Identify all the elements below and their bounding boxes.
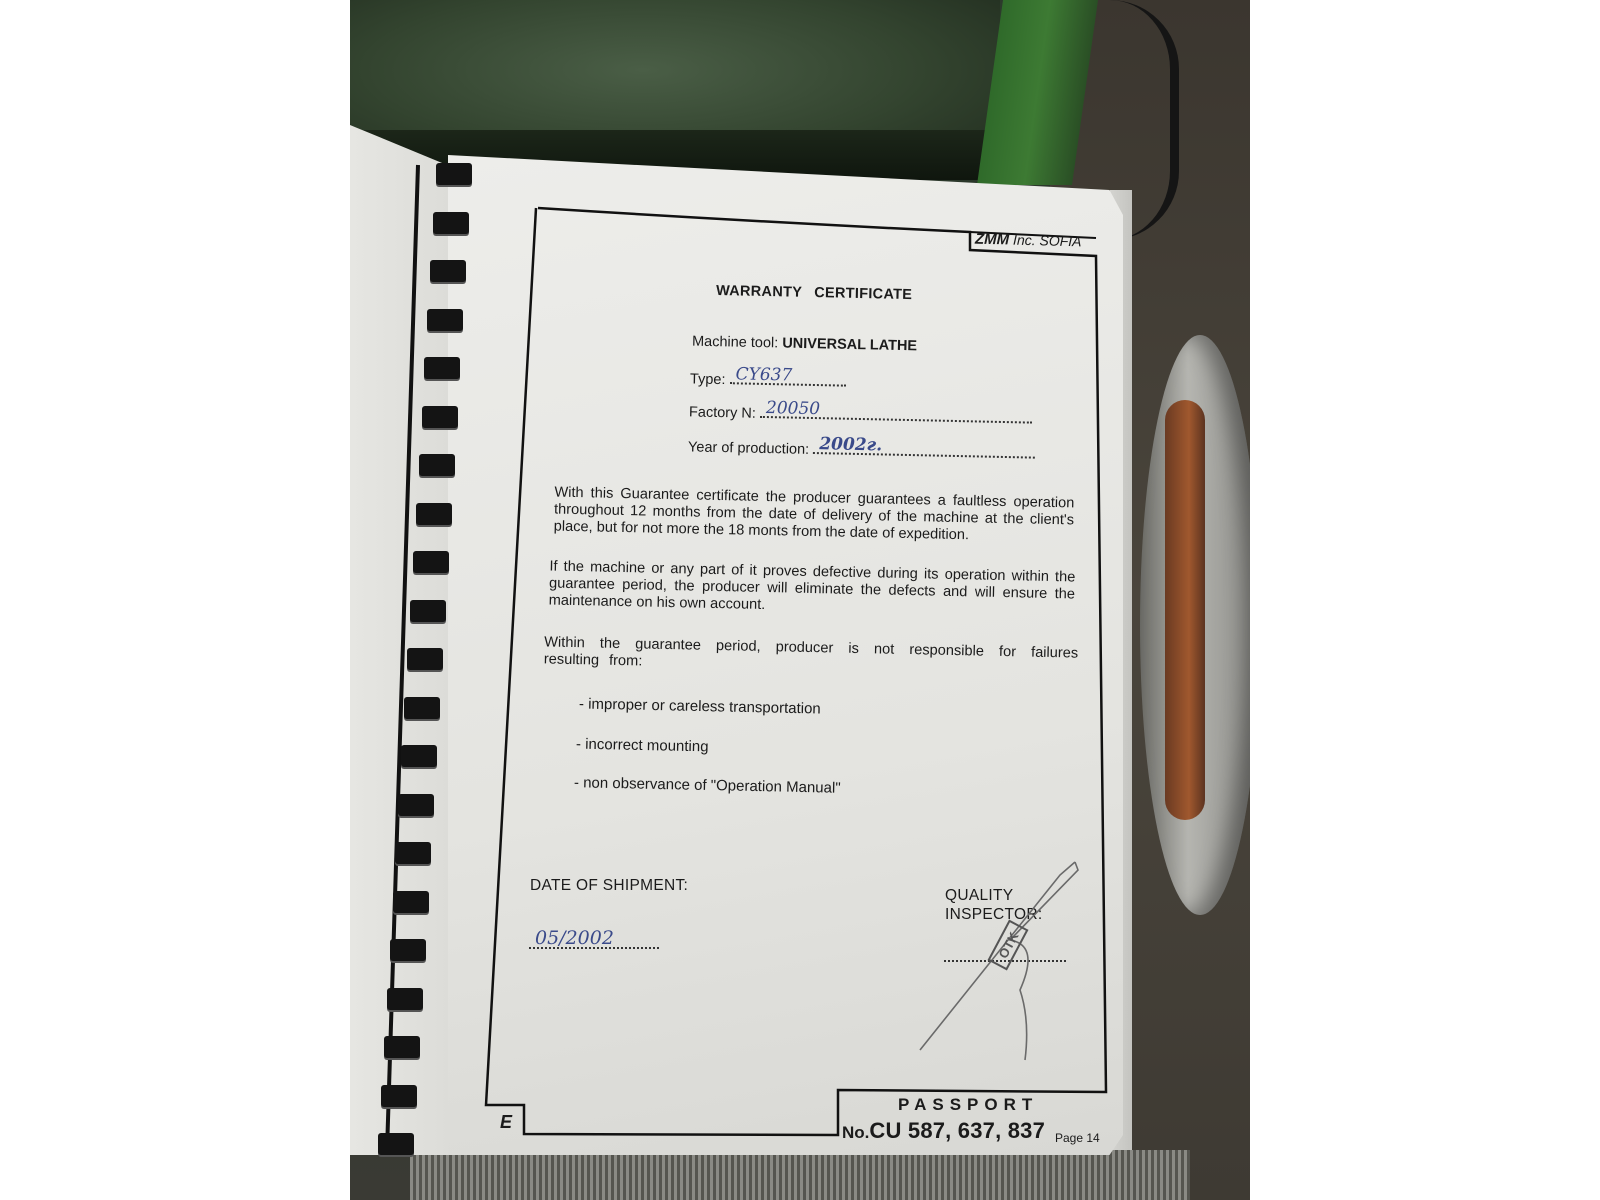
title-word-1: WARRANTY (716, 283, 802, 301)
spiral-binding (372, 155, 482, 1155)
handwritten-value: 20050 (766, 398, 821, 419)
handwritten-value: 2002г. (819, 434, 882, 455)
binding-loop (430, 260, 466, 282)
page-number: Page 14 (1055, 1131, 1100, 1145)
edition-letter: E (500, 1112, 512, 1133)
binding-loop (381, 1085, 417, 1107)
manufacturer-brand: ZMM Inc. SOFIA (975, 231, 1082, 251)
handwheel-hub (1165, 400, 1205, 820)
binding-loop (419, 454, 455, 476)
binding-loop (404, 697, 440, 719)
binding-loop (407, 648, 443, 670)
binding-loop (393, 891, 429, 913)
field-label: Type: (690, 371, 726, 388)
passport-number: No.CU 587, 637, 837 (842, 1118, 1045, 1144)
binding-loop (401, 745, 437, 767)
field-dotted-line: 05/2002 (529, 925, 659, 949)
passport-no-value: CU 587, 637, 837 (869, 1118, 1045, 1143)
binding-loop (378, 1133, 414, 1155)
svg-text:OTK: OTK (995, 929, 1021, 961)
binding-loop (384, 1036, 420, 1058)
field-label: Year of production: (688, 439, 810, 458)
binding-loop (436, 163, 472, 185)
field-type: Type: CY637 (690, 367, 846, 390)
binding-loop (398, 794, 434, 816)
field-dotted-line: CY637 (729, 368, 845, 386)
binding-loop (410, 600, 446, 622)
field-dotted-line: 2002г. (813, 438, 1035, 459)
knurled-chuck (410, 1150, 1190, 1200)
binding-loop (390, 939, 426, 961)
binding-loop (427, 309, 463, 331)
brand-bold: ZMM (975, 231, 1010, 249)
binding-loop (433, 212, 469, 234)
field-label: Machine tool: (692, 334, 779, 352)
binding-loop (424, 357, 460, 379)
passport-label: PASSPORT (898, 1095, 1038, 1115)
signature-and-stamp: OTK (900, 850, 1100, 1070)
binding-loop (395, 842, 431, 864)
date-of-shipment-field: 05/2002 (529, 925, 659, 954)
binding-loop (422, 406, 458, 428)
title-word-2: CERTIFICATE (814, 285, 912, 303)
handwritten-value: CY637 (735, 364, 792, 385)
field-label: Factory N: (689, 404, 756, 421)
binding-loop (413, 551, 449, 573)
binding-loop (416, 503, 452, 525)
field-value: UNIVERSAL LATHE (782, 336, 917, 355)
exclusion-item: - incorrect mounting (576, 736, 709, 756)
date-of-shipment-label: DATE OF SHIPMENT: (530, 877, 688, 895)
brand-rest: Inc. SOFIA (1013, 232, 1082, 250)
passport-no-prefix: No. (842, 1123, 869, 1142)
handwritten-value: 05/2002 (535, 927, 614, 949)
paragraph-guarantee: With this Guarantee certificate the prod… (554, 485, 1075, 547)
binding-loop (387, 988, 423, 1010)
